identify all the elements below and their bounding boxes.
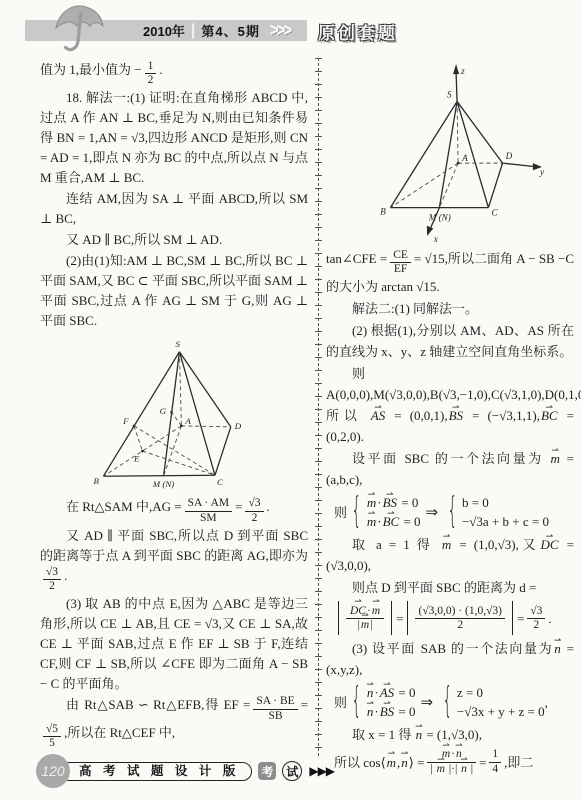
text-run: 由 Rt△SAB ∽ Rt△EFB,得 EF = (66, 697, 250, 712)
fig2-label-B: B (380, 207, 386, 217)
fraction: √55 (43, 723, 61, 750)
fig2-label-C: C (491, 208, 498, 218)
fraction: √32 (43, 566, 61, 593)
abs-bar (407, 601, 408, 635)
paragraph: (3) 取 AB 的中点 E,因为 △ABC 是等边三角形,所以 CE ⊥ AB… (40, 594, 308, 694)
fraction: (√3,0,0) · (1,0,√3)2 (415, 605, 505, 632)
equation-system-m: 则 m·BS = 0 m·BC = 0 ⇒ b = 0 −√3a + b + c… (334, 493, 574, 531)
vector-m: m (441, 534, 452, 555)
implies-arrow: ⇒ (426, 502, 439, 523)
fraction: DC·m|m| (346, 605, 384, 632)
text-run: (3) 设平面 SAB 的一个法向量为 (352, 641, 553, 656)
fig1-label-E: E (133, 454, 140, 464)
fraction: SA · AMSM (185, 497, 233, 524)
paragraph: 又 AD ∥ BC,所以 SM ⊥ AD. (40, 230, 308, 250)
fig1-label-G: G (160, 406, 167, 416)
text-run: 在 Rt△SAM 中,AG = (66, 499, 182, 514)
paragraph: 又 AD ∥ 平面 SBC,所以点 D 到平面 SBC 的距离等于点 A 到平面… (40, 526, 308, 593)
badge-title: 原创套题 (318, 19, 398, 44)
right-column: z S A D y B M (N) C x tan∠CFE =CEEF= √15… (326, 58, 574, 779)
equation-line: b = 0 (462, 493, 549, 512)
paragraph: (3) 设平面 SAB 的一个法向量为n = (x,y,z), (326, 638, 574, 680)
fig1-label-M: M (N) (152, 480, 174, 490)
header-separator: | (191, 22, 195, 40)
umbrella-icon (52, 1, 108, 64)
vector-BS: BS (448, 405, 464, 426)
scanned-page: 2010年 | 第4、5期 >>> 原创套题 值为 1,最小值为 −12. 18… (0, 0, 581, 800)
text-run: . (159, 62, 162, 77)
text-run: . (64, 568, 67, 583)
fig2-label-y: y (539, 167, 545, 177)
paragraph: 则 A(0,0,0),M(√3,0,0),B(√3,−1,0),C(√3,1,0… (326, 363, 574, 447)
fig1-label-C: C (217, 478, 223, 488)
paragraph: 取 a = 1 得 m = (1,0,√3),又DC = (√3,0,0), (326, 534, 574, 576)
text-run: = (301, 697, 308, 712)
text-run: . (548, 608, 551, 629)
left-column: 值为 1,最小值为 −12. 18. 解法一:(1) 证明:在直角梯形 ABCD… (40, 60, 308, 751)
footer-stamp-shi: 试 (282, 761, 302, 781)
fig1-label-F: F (122, 416, 129, 426)
text-run: = (0,0,1), (386, 408, 447, 423)
brace-left (443, 680, 453, 724)
equation-system-n: 则 n·AS = 0 n·BS = 0 ⇒ z = 0 −√3x + y + z… (334, 683, 574, 721)
vector-n: n (553, 638, 562, 659)
text-run: ,即二 (504, 752, 533, 773)
equation-line: −√3x + y + z = 0 (457, 702, 545, 721)
cosine-formula: 所以 cos⟨ m , n ⟩ = m·n| m |·| n | = 14 ,即… (334, 748, 574, 775)
fraction: CEEF (390, 249, 411, 276)
paragraph: 设平面 SBC 的一个法向量为 m = (a,b,c), (326, 448, 574, 490)
equation-line: n·BS = 0 (366, 702, 416, 721)
fig2-label-z: z (460, 66, 465, 76)
text-run: = (1,√3,0), (423, 727, 482, 742)
header-year: 2010年 (143, 21, 185, 40)
footer-arrows-icon: ▶▶▶ (309, 764, 334, 778)
text-run: 又 AD ∥ 平面 SBC,所以点 D 到平面 SBC 的距离等于点 A 到平面… (40, 528, 308, 563)
fig2-label-x: x (433, 234, 438, 244)
figure-pyramid-construction: S G A D F E B M (N) C (40, 335, 308, 493)
vector-m: m (386, 752, 397, 773)
vector-m: m (549, 448, 560, 469)
fig1-label-A: A (184, 416, 191, 426)
fig2-label-A: A (461, 153, 468, 163)
vector-n: n (415, 724, 424, 745)
page-header: 2010年 | 第4、5期 >>> 原创套题 (0, 0, 581, 58)
fig2-label-S: S (447, 89, 452, 99)
fig1-label-S: S (175, 339, 180, 349)
text-run: ,所以在 Rt△CEF 中, (64, 725, 175, 740)
text-run: ⟩ = (409, 752, 425, 773)
paragraph: 连结 AM,因为 SA ⊥ 平面 ABCD,所以 SM ⊥ BC, (40, 189, 308, 229)
text-run: = (517, 608, 524, 629)
paragraph: 值为 1,最小值为 −12. (40, 60, 308, 87)
abs-bar (338, 601, 339, 635)
footer-stamp-kao: 考 (258, 762, 276, 780)
page-number: 120 (36, 754, 70, 788)
text-run: = (396, 608, 403, 629)
brace-left (352, 490, 362, 534)
column-divider (318, 58, 319, 756)
paragraph: 18. 解法一:(1) 证明:在直角梯形 ABCD 中,过点 A 作 AN ⊥ … (40, 88, 308, 188)
fig2-label-M: M (N) (428, 213, 451, 223)
figure-pyramid-axes: z S A D y B M (N) C x (326, 62, 574, 244)
paragraph: 解法二:(1) 同解法一。 (326, 298, 574, 319)
text-run: tan∠CFE = (326, 251, 387, 266)
fig1-label-B: B (94, 477, 100, 487)
vector-AS: AS (370, 405, 386, 426)
fraction: √32 (527, 605, 545, 632)
text-run: 取 x = 1 得 (352, 727, 415, 742)
fraction: 12 (145, 60, 157, 87)
paragraph: 在 Rt△SAM 中,AG =SA · AMSM=√32. (40, 497, 308, 524)
text-run: = (1,0,√3),又 (452, 537, 539, 552)
paragraph: 由 Rt△SAB ∽ Rt△EFB,得 EF =SA · BESB=√55,所以… (40, 695, 308, 750)
distance-formula: DC·m|m| = (√3,0,0) · (1,0,√3)2 = √32 . (334, 601, 574, 635)
text-run: = (479, 752, 486, 773)
fraction: 14 (489, 748, 501, 775)
text-run: = (−√3,1,1), (464, 408, 540, 423)
fig1-label-D: D (234, 421, 242, 431)
vector-n: n (400, 752, 409, 773)
equation-line: m·BC = 0 (366, 512, 421, 531)
vector-DC: DC (540, 534, 560, 555)
text-run: 则 (334, 692, 347, 713)
page-footer: 120 高 考 试 题 设 计 版 考 试 ▶▶▶ (36, 754, 334, 788)
abs-bar (391, 601, 392, 635)
abs-bar (512, 601, 513, 635)
vector-BC: BC (540, 405, 559, 426)
equation-line: z = 0 (457, 683, 545, 702)
fig2-label-D: D (505, 151, 513, 161)
text-run: 则 (334, 502, 347, 523)
text-run: , (545, 692, 548, 713)
chevrons-icon: >>> (270, 20, 290, 40)
header-issue: 第4、5期 (201, 21, 259, 40)
text-run: 设平面 SBC 的一个法向量为 (352, 451, 549, 466)
text-run: 值为 1,最小值为 − (40, 62, 142, 77)
text-run: = (235, 499, 242, 514)
equation-line: −√3a + b + c = 0 (462, 512, 549, 531)
implies-arrow: ⇒ (420, 692, 433, 713)
paragraph: (2) 根据(1),分别以 AM、AD、AS 所在的直线为 x、y、z 轴建立空… (326, 320, 574, 362)
footer-title: 高 考 试 题 设 计 版 (60, 762, 252, 781)
fraction: SA · BESB (253, 695, 297, 722)
paragraph: tan∠CFE =CEEF= √15,所以二面角 A − SB −C 的大小为 … (326, 248, 574, 297)
brace-left (352, 680, 362, 724)
paragraph: 则点 D 到平面 SBC 的距离为 d = (326, 577, 574, 598)
text-run: 所以 cos⟨ (334, 752, 386, 773)
fraction: m·n| m |·| n | (427, 748, 476, 775)
paragraph: (2)由(1)知:AM ⊥ BC,SM ⊥ BC,所以 BC ⊥ 平面 SAM,… (40, 251, 308, 331)
text-run: . (267, 499, 270, 514)
text-run: 取 a = 1 得 (352, 537, 441, 552)
fraction: √32 (245, 497, 263, 524)
